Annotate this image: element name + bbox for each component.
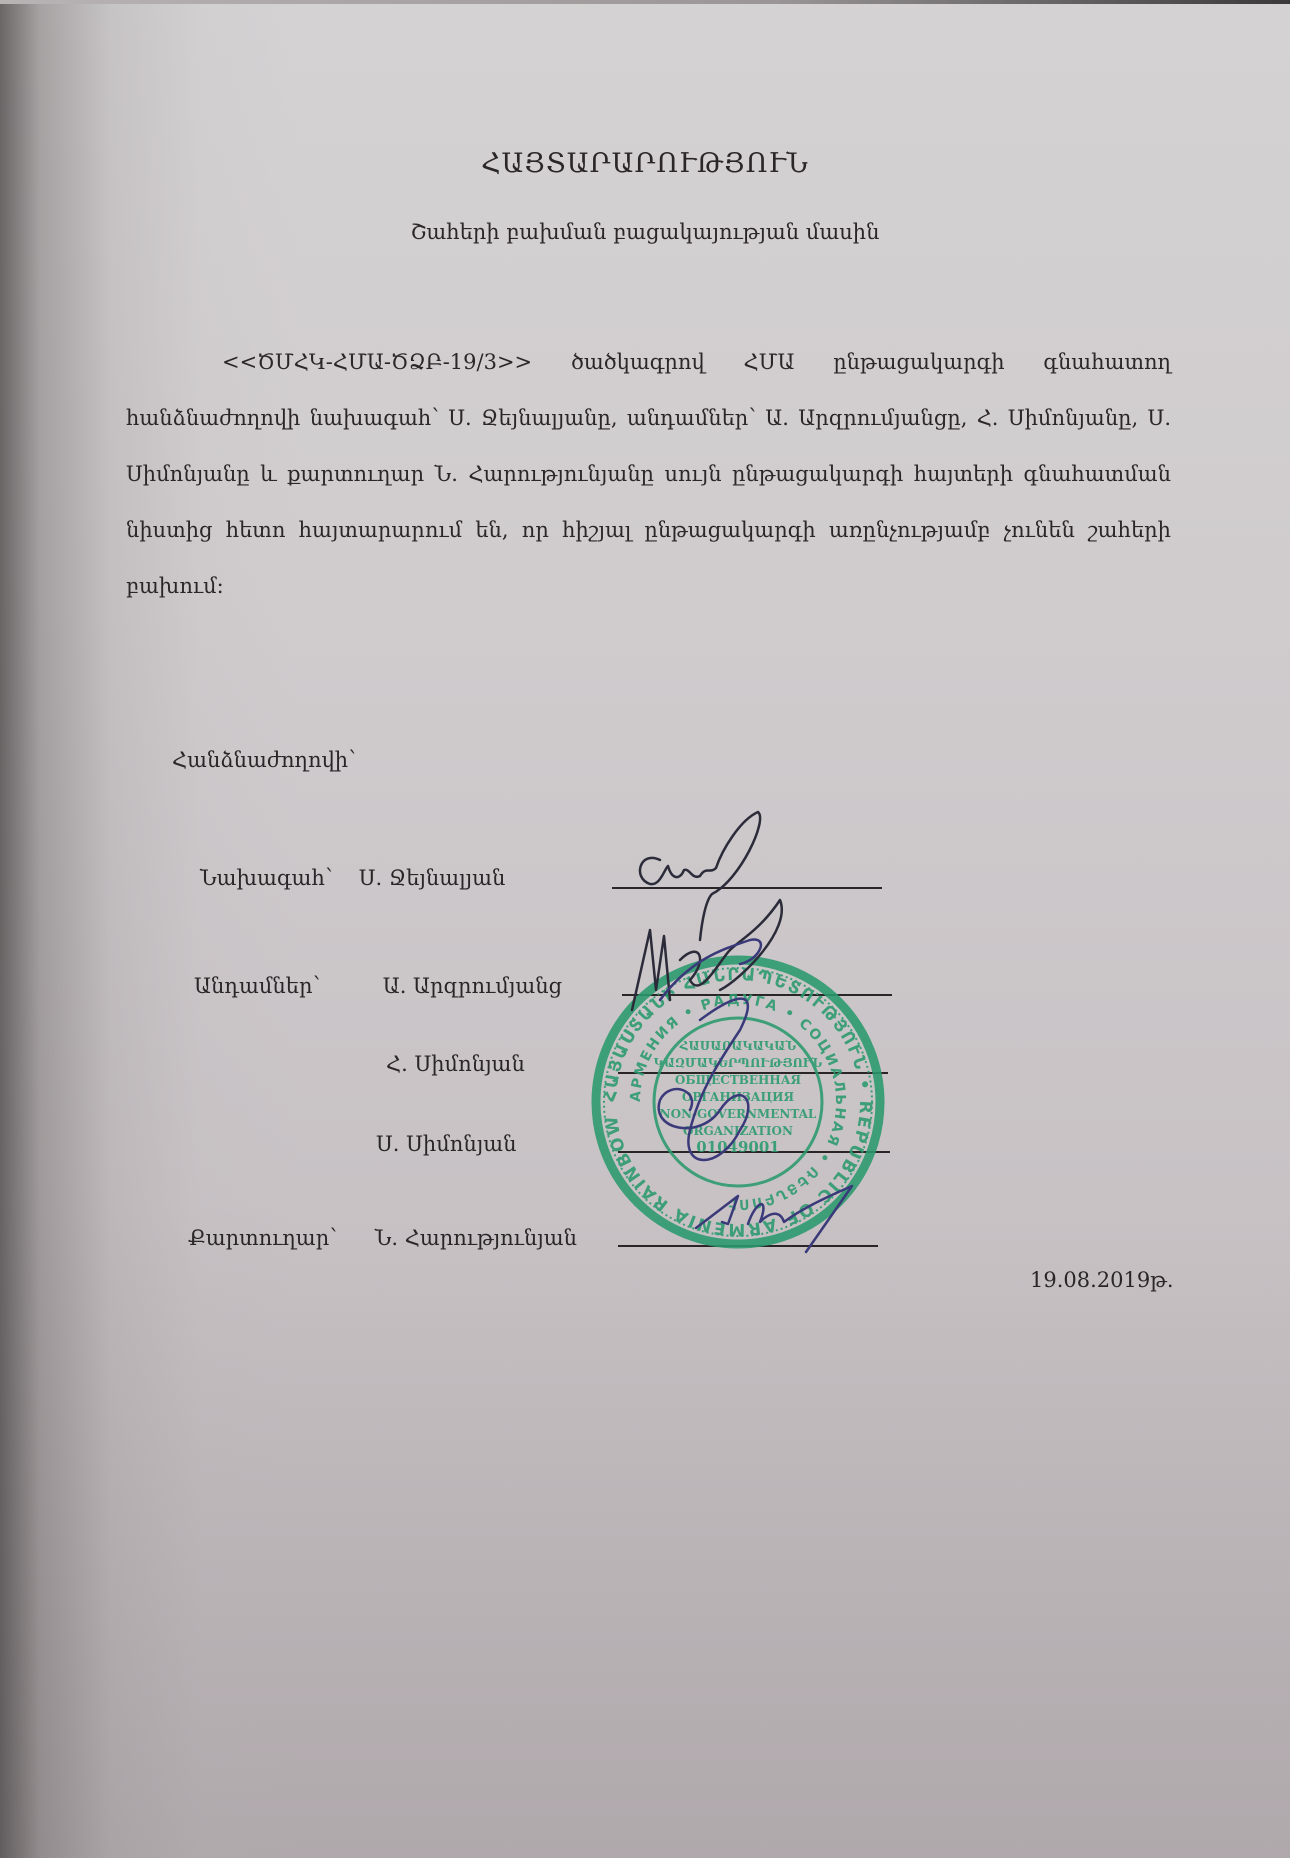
paper-background bbox=[0, 0, 1290, 1858]
body-line: <<ԾՄՀԿ-ՀՄԱ-ԾՁԲ-19/3>> ծածկագրով ՀՄԱ ընթա… bbox=[126, 334, 1171, 390]
signatory-role: Նախագահ՝ bbox=[200, 866, 352, 890]
body-line: Սիմոնյանը և քարտուղար Ն. Հարությունյանը … bbox=[126, 446, 1171, 502]
signatory-name: Հ. Սիմոնյան bbox=[386, 1052, 525, 1076]
document-date: 19.08.2019թ. bbox=[1030, 1268, 1174, 1292]
signature-line-member-2 bbox=[618, 1072, 888, 1074]
signatory-role: Անդամներ՝ bbox=[194, 974, 376, 998]
signatory-member-1: Անդամներ՝ Ա. Արզրումյանց bbox=[194, 974, 562, 998]
signatory-name: Ա. Արզրումյանց bbox=[383, 974, 562, 998]
signature-line-member-3 bbox=[618, 1151, 890, 1153]
signature-line-secretary bbox=[618, 1245, 878, 1247]
signatory-chairman: Նախագահ՝ Ս. Ջեյնալյան bbox=[200, 866, 505, 890]
signature-line-member-1 bbox=[622, 994, 892, 996]
declaration-body: <<ԾՄՀԿ-ՀՄԱ-ԾՁԲ-19/3>> ծածկագրով ՀՄԱ ընթա… bbox=[126, 334, 1171, 614]
committee-label: Հանձնաժողովի՝ bbox=[172, 748, 356, 772]
signatory-role: Քարտուղար՝ bbox=[188, 1226, 368, 1250]
body-line: հանձնաժողովի նախագահ՝ Ս. Ջեյնալյանը, անդ… bbox=[126, 390, 1171, 446]
signatory-name: Ս. Ջեյնալյան bbox=[359, 866, 506, 890]
signatory-secretary: Քարտուղար՝ Ն. Հարությունյան bbox=[188, 1226, 577, 1250]
signature-line-chairman bbox=[612, 887, 882, 889]
body-line: բախում: bbox=[126, 558, 1171, 614]
document-subtitle: Շահերի բախման բացակայության մասին bbox=[0, 220, 1290, 244]
signatory-member-3: Ս. Սիմոնյան bbox=[376, 1132, 517, 1156]
signatory-member-2: Հ. Սիմոնյան bbox=[386, 1052, 525, 1076]
document-title: ՀԱՅՏԱՐԱՐՈՒԹՅՈՒՆ bbox=[0, 148, 1290, 179]
signatory-name: Ն. Հարությունյան bbox=[375, 1226, 577, 1250]
body-line: նիստից հետո հայտարարում են, որ հիշյալ ըն… bbox=[126, 502, 1171, 558]
signatory-name: Ս. Սիմոնյան bbox=[376, 1132, 517, 1156]
paper-top-edge bbox=[0, 0, 1290, 4]
